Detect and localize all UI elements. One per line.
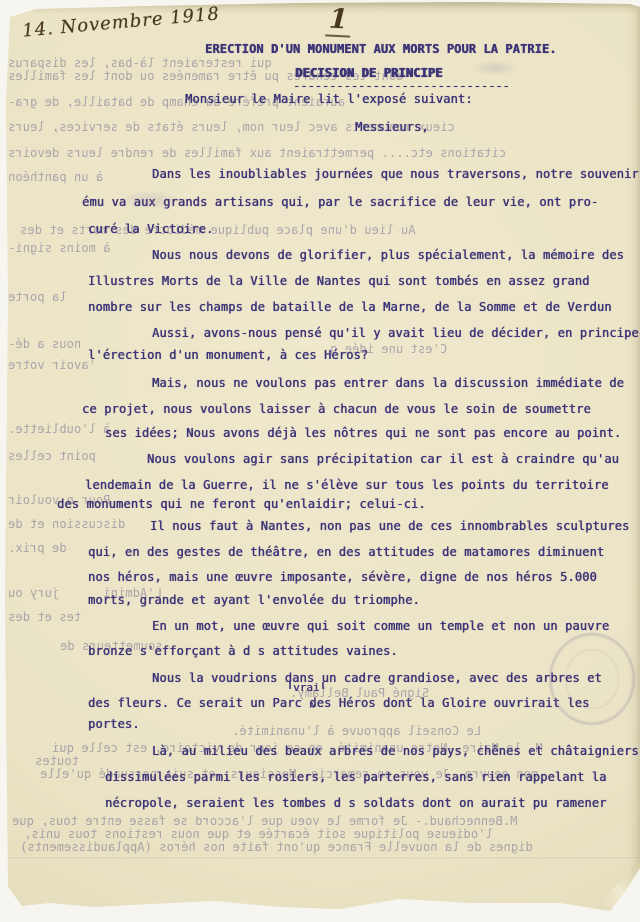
bleed-line: tes et des <box>8 611 81 624</box>
archive-stamp-icon <box>549 633 635 725</box>
ink-smudge <box>470 60 520 76</box>
typed-line: des fleurs. Ce serait un Parc des Héros … <box>88 696 589 710</box>
typed-line: l'érection d'un monument, à ces Héros? <box>88 348 368 362</box>
heading-underline: ------------------------------ <box>293 79 510 93</box>
ink-smudge <box>120 190 180 210</box>
typed-line: des monuments qui ne feront qu'enlaidir;… <box>57 497 426 511</box>
insertion-mark-right <box>322 682 324 689</box>
bleed-line: à un panthéon <box>8 171 103 184</box>
insertion-caret-icon: ∧ <box>309 700 315 711</box>
typed-line: Illustres Morts de la Ville de Nantes qu… <box>88 274 589 288</box>
decision-heading: DECISION DE PRINCIPE <box>295 66 443 80</box>
typed-line: curé la Victoire. <box>88 222 213 236</box>
bleed-line: à l'oubliette. <box>8 423 111 436</box>
page-number: 1 <box>325 3 351 37</box>
typed-line: ses idées; Nous avons déjà les nôtres qu… <box>105 426 621 440</box>
bleed-line: Au lieu d'une place publique médiocre de… <box>20 224 416 237</box>
typed-line: qui, en des gestes de théâtre, en des at… <box>88 545 604 559</box>
bleed-line: citations etc.... permettraient aux fami… <box>8 147 506 160</box>
typed-line: portes. <box>88 717 140 731</box>
typed-line: En un mot, une œuvre qui soit comme un t… <box>152 619 609 633</box>
typed-line: ce projet, nous voulons laisser à chacun… <box>82 402 591 416</box>
typed-line: Là, au milieu des beaux arbres de nos pa… <box>152 744 639 758</box>
bleed-line: point celles <box>8 450 96 463</box>
bleed-line: discussion et de <box>8 518 125 531</box>
typed-line: Aussi, avons-nous pensé qu'il y avait li… <box>152 326 639 340</box>
typed-line: lendemain de la Guerre, il ne s'élève su… <box>85 478 609 492</box>
archive-stamp-inner-ring <box>565 649 619 709</box>
bleed-line: Le Conseil approuve à l'unanimité. <box>232 725 481 738</box>
document-title: ERECTION D'UN MONUMENT AUX MORTS POUR LA… <box>205 42 557 56</box>
typed-line: Mais, nous ne voulons pas entrer dans la… <box>152 376 624 390</box>
typed-line: morts, grande et ayant l'envolée du trio… <box>88 593 420 607</box>
typed-line: nos héros, mais une œuvre imposante, sév… <box>88 570 597 584</box>
typed-line: dissimulées parmi les rosiers, les parte… <box>105 770 606 784</box>
paper-crease <box>0 857 640 860</box>
paper-sheet: qui resteraient là-bas, les disparusdont… <box>0 0 640 922</box>
bleed-line: la porte <box>8 291 67 304</box>
scanned-document-page: qui resteraient là-bas, les disparusdont… <box>0 0 640 922</box>
intro-line: Monsieur le Maire lit l'exposé suivant: <box>185 92 473 106</box>
bleed-line: à moins signi- <box>8 242 111 255</box>
typed-line: Nous la voudrions dans un cadre grandios… <box>152 671 602 685</box>
typed-line: Nous voulons agir sans précipitation car… <box>147 452 619 466</box>
insertion-word: vrai <box>293 681 320 694</box>
typed-line: nombre sur les champs de bataille de la … <box>88 300 612 314</box>
bleed-line: dignes de la nouvelle France qu'ont fait… <box>20 841 533 854</box>
insertion-mark-left <box>289 682 291 689</box>
bleed-line: de prix. <box>8 542 67 555</box>
typed-line: Il nous faut à Nantes, non pas une de ce… <box>150 519 629 533</box>
typed-line: Nous nous devons de glorifier, plus spéc… <box>152 248 624 262</box>
paper-top-edge <box>0 0 640 14</box>
bleed-line: nous a dé- <box>8 338 81 351</box>
typed-line: nécropole, seraient les tombes d s solda… <box>105 796 606 810</box>
typed-line: Dans les inoubliables journées que nous … <box>152 167 639 181</box>
typed-line: bronze s'efforçant à d s attitudes vaine… <box>88 644 398 658</box>
salutation: Messieurs, <box>355 120 429 134</box>
bleed-line: 'avoir votre <box>8 359 96 372</box>
folded-corner <box>590 860 640 914</box>
